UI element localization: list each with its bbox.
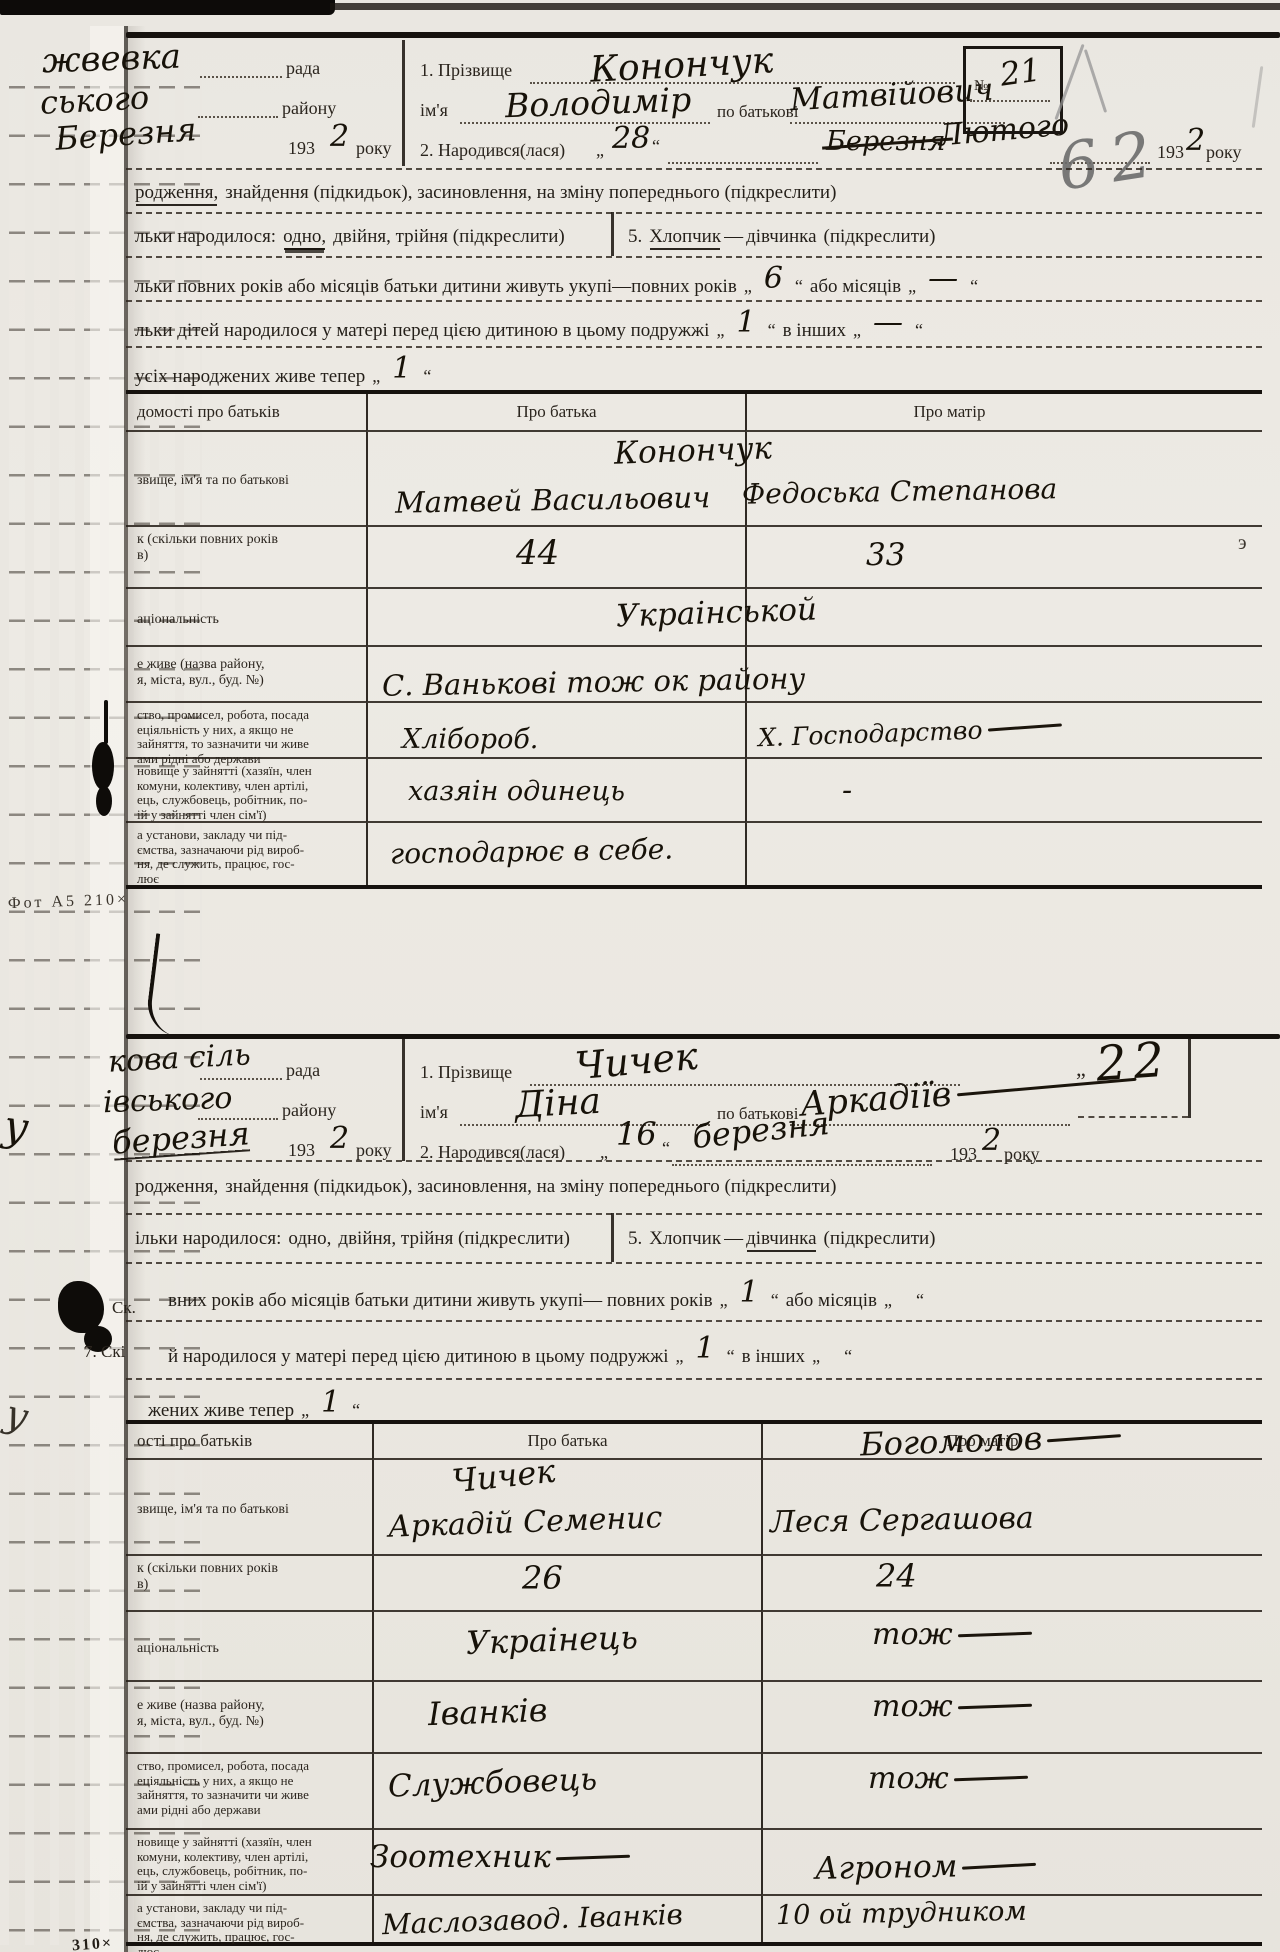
- mother-age-value: 24: [876, 1560, 917, 1592]
- quote-close: “: [844, 1346, 852, 1367]
- cell-father-age: [372, 1556, 761, 1612]
- row-label-residence: е живе (назва району,я, міста, вул., буд…: [126, 1682, 372, 1754]
- father-nationality-value: Украінець: [465, 1621, 638, 1659]
- table-header-info: ості про батьків: [126, 1424, 372, 1460]
- q5-number: 5.: [628, 1228, 642, 1250]
- label-line: а установи, закладу чи під-: [137, 1900, 287, 1915]
- label-line: лює: [137, 1944, 159, 1952]
- number-box-bottom: [1078, 1116, 1188, 1118]
- rada-label: рада: [286, 1060, 320, 1081]
- patronymic-handwritten: Аркадіїв: [799, 1064, 1138, 1121]
- mother-institution-value: 10 ой трудником: [776, 1898, 1027, 1929]
- label-line: аціональність: [137, 1641, 219, 1657]
- quote-close: “: [352, 1400, 360, 1421]
- q4-multiple-birth-row: ільки народилося: одно, двійня, трійня (…: [135, 1228, 570, 1250]
- label-line: комуни, колективу, член артілі,: [137, 1849, 308, 1864]
- quote-open: „: [676, 1346, 684, 1367]
- q5-sex-row: 5. Хлопчик — дівчинка (підкреслити): [628, 1228, 936, 1250]
- q5-girl-underlined: дівчинка: [746, 1228, 816, 1250]
- row-label-institution: а установи, закладу чи під-ємства, зазна…: [126, 1896, 372, 1942]
- mother-nationality-value: тож: [872, 1620, 1032, 1650]
- q4-q5-divider: [611, 1213, 614, 1262]
- mother-fullname-value: Леся Сергашова: [770, 1504, 1034, 1539]
- quote-close: “: [662, 1138, 670, 1159]
- record-year-digit: 2: [330, 1124, 349, 1154]
- q6-years-together-row: вних років або місяців батьки дитини жив…: [168, 1282, 924, 1312]
- surname-handwritten: Чичек: [574, 1037, 700, 1086]
- q3-word1: родження,: [135, 1176, 218, 1198]
- separator: [126, 1320, 1262, 1322]
- separator: [126, 1378, 1262, 1380]
- quote-open: „: [812, 1346, 820, 1367]
- number-box-right-border: [1188, 1038, 1191, 1118]
- q5-boy: Хлопчик: [649, 1228, 721, 1250]
- q8-text: жених живе тепер: [148, 1400, 294, 1422]
- q3-birth-type-row: родження, знайдення (підкидьок), засинов…: [135, 1176, 836, 1198]
- birth-month-handwritten: березня: [691, 1107, 831, 1153]
- label-line: я, міста, вул., буд. №): [137, 1714, 264, 1729]
- quote-close: “: [727, 1346, 735, 1367]
- record-month-handwritten: березня: [111, 1117, 251, 1159]
- record-22: кова сіль рада івського району березня 1…: [0, 0, 1280, 1952]
- q6-text: вних років або місяців батьки дитини жив…: [168, 1290, 713, 1312]
- surname-field-label: 1. Прізвище: [420, 1062, 512, 1083]
- q3-text: знайдення (підкидьок), засиновлення, на …: [225, 1176, 836, 1198]
- label-line: новище у зайнятті (хазяїн, член: [137, 1834, 312, 1849]
- rayonu-label: району: [282, 1100, 336, 1121]
- q4-text: ільки народилося:: [135, 1228, 281, 1250]
- dotted-leader: [200, 1076, 282, 1080]
- birth-year-digit: 2: [982, 1126, 1001, 1156]
- q8-living-now-row: жених живе тепер „ 1 “: [148, 1392, 360, 1422]
- label-line: ами рідні або держави: [137, 1802, 261, 1817]
- quote-close: “: [916, 1290, 924, 1311]
- father-residence-value: Іванків: [427, 1694, 547, 1730]
- quote-close: “: [771, 1290, 779, 1311]
- label-line: ня, де служить, працює, гос-: [137, 1929, 295, 1944]
- number-mark: „: [1076, 1056, 1086, 1082]
- row-label-fullname: звище, ім'я та по батькові: [126, 1460, 372, 1556]
- q7-value: 1: [696, 1334, 715, 1364]
- father-occupation-value: Службовець: [388, 1764, 598, 1802]
- label-line: ство, промисел, робота, посада: [137, 1758, 309, 1773]
- name-field-label: ім'я: [420, 1102, 448, 1123]
- label-line: к (скільки повних років: [137, 1561, 278, 1576]
- q6-years-value: 1: [740, 1278, 759, 1308]
- mother-position-value: Агроном: [815, 1850, 1037, 1885]
- father-age-value: 26: [522, 1562, 563, 1594]
- label-line: ець, службовець, робітник, по-: [137, 1863, 307, 1878]
- q7-previous-children-row: й народилося у матері перед цією дитиною…: [168, 1338, 852, 1368]
- roku-label: року: [356, 1140, 392, 1161]
- quote-open: „: [884, 1290, 892, 1311]
- row-label-position: новище у зайнятті (хазяїн, членкомуни, к…: [126, 1830, 372, 1896]
- separator: [126, 1213, 1262, 1215]
- father-position-value: Зоотехник: [370, 1842, 630, 1873]
- label-line: еціяльність у них, а якщо не: [137, 1773, 293, 1788]
- birth-day-handwritten: 16: [616, 1118, 657, 1150]
- label-line: зайняття, то зазначити чи живе: [137, 1787, 309, 1802]
- quote-open: „: [301, 1400, 309, 1421]
- q5-dash: —: [724, 1228, 743, 1250]
- row-label-occupation: ство, промисел, робота, посадаеціяльніст…: [126, 1754, 372, 1830]
- mother-residence-value: тож: [872, 1692, 1032, 1722]
- dotted-leader: [672, 1162, 932, 1166]
- row-label-nationality: аціональність: [126, 1612, 372, 1682]
- photostat-stamp-fragment: 310×: [71, 1935, 113, 1952]
- quote-open: „: [720, 1290, 728, 1311]
- q5-rest: (підкреслити): [824, 1228, 936, 1250]
- margin-handwriting-fragment: у: [1, 1105, 31, 1150]
- q6-months-label: або місяців: [786, 1290, 877, 1312]
- year-printed: 193: [288, 1140, 315, 1161]
- separator: [126, 1262, 1262, 1264]
- district-handwritten: івського: [103, 1084, 233, 1118]
- margin-printed-fragment: 7. Скі: [84, 1342, 125, 1362]
- scanned-birth-register-page: жвевка рада ського району Березня 193 2 …: [0, 0, 1280, 1952]
- mother-occupation-value: тож: [868, 1764, 1028, 1794]
- name-handwritten: Діна: [514, 1084, 602, 1124]
- margin-printed-fragment: Ск.: [112, 1298, 136, 1318]
- label-line: ємства, зазначаючи рід вироб-: [137, 1915, 304, 1930]
- margin-handwriting-fragment: у: [2, 1394, 33, 1436]
- label-line: е живе (назва району,: [137, 1698, 264, 1713]
- label-line: ій у зайнятті член сім'ї): [137, 1878, 267, 1893]
- q8-value: 1: [321, 1388, 340, 1418]
- q7-others-label: в інших: [742, 1346, 805, 1368]
- table-header-father: Про батька: [372, 1424, 761, 1460]
- village-council-handwritten: кова сіль: [107, 1040, 251, 1077]
- label-line: звище, ім'я та по батькові: [137, 1502, 289, 1518]
- record-number-handwritten: 22: [1094, 1035, 1172, 1088]
- row-label-age: к (скільки повних роківв): [126, 1556, 372, 1612]
- parents-table: ості про батьків Про батька Про матір зв…: [126, 1420, 1262, 1946]
- cell-mother-age: [761, 1556, 1262, 1612]
- header-divider: [402, 1039, 405, 1161]
- label-line: в): [137, 1577, 148, 1592]
- father-surname-value: Чичек: [451, 1455, 557, 1498]
- q7-text: й народилося у матері перед цією дитиною…: [168, 1346, 669, 1368]
- q4-rest: двійня, трійня (підкреслити): [338, 1228, 570, 1250]
- separator: [126, 1160, 1262, 1162]
- q4-odno: одно,: [288, 1228, 331, 1250]
